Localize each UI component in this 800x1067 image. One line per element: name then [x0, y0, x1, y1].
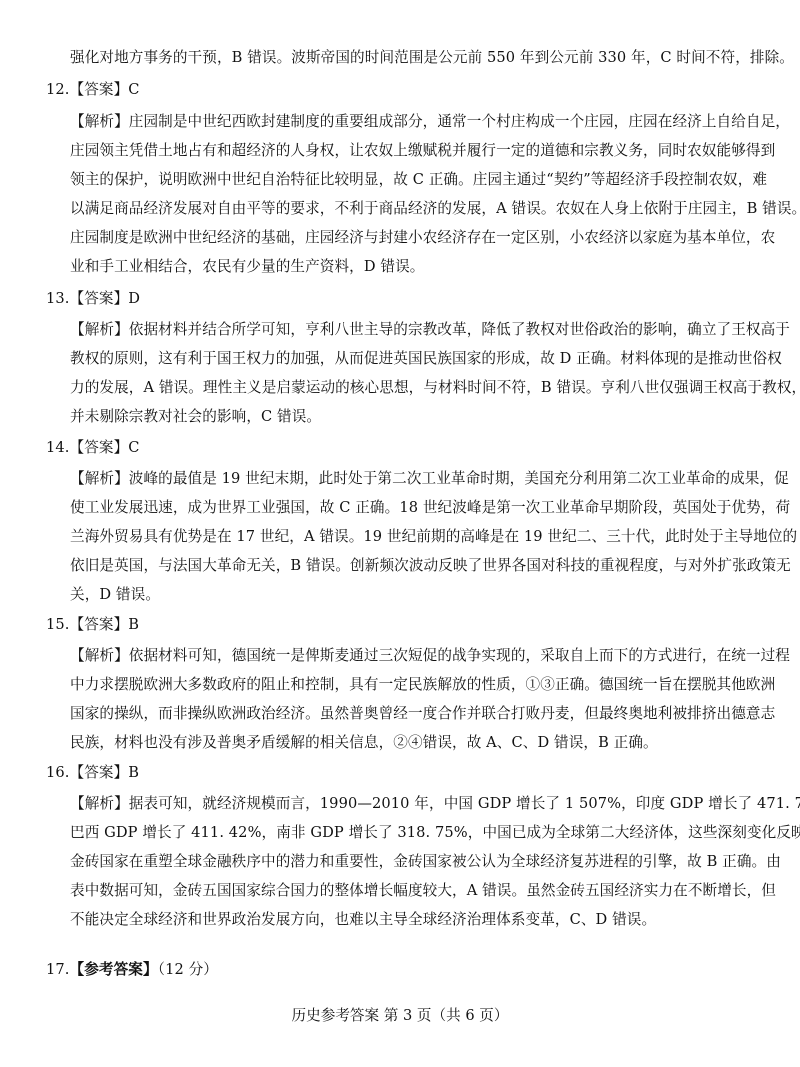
analysis-line: 金砖国家在重塑全球金融秩序中的潜力和重要性，金砖国家被公认为全球经济复苏进程的引… — [70, 852, 770, 872]
question-number: 17. — [46, 961, 70, 978]
answer-label: 【答案】 — [70, 616, 129, 633]
score: （12 分） — [158, 961, 218, 978]
analysis-line: 并未剔除宗教对社会的影响，C 错误。 — [70, 407, 770, 427]
document-page: 强化对地方事务的干预，B 错误。波斯帝国的时间范围是公元前 550 年到公元前 … — [0, 0, 800, 1067]
answer-value: D — [128, 290, 140, 307]
analysis-line: 关，D 错误。 — [70, 585, 770, 605]
analysis-line: 【解析】依据材料可知，德国统一是俾斯麦通过三次短促的战争实现的，采取自上而下的方… — [70, 646, 770, 666]
analysis-line: 民族，材料也没有涉及普奥矛盾缓解的相关信息，②④错误，故 A、C、D 错误，B … — [70, 733, 770, 753]
analysis-line: 以满足商品经济发展对自由平等的要求，不利于商品经济的发展，A 错误。农奴在人身上… — [70, 199, 770, 219]
question-number: 16. — [46, 764, 70, 781]
question-number: 13. — [46, 290, 70, 307]
continuation-text: 强化对地方事务的干预，B 错误。波斯帝国的时间范围是公元前 550 年到公元前 … — [70, 48, 770, 68]
analysis-line: 【解析】波峰的最值是 19 世纪末期，此时处于第二次工业革命时期，美国充分利用第… — [70, 469, 770, 489]
analysis-line: 业和手工业相结合，农民有少量的生产资料，D 错误。 — [70, 257, 770, 277]
analysis-line: 兰海外贸易具有优势是在 17 世纪，A 错误。19 世纪前期的高峰是在 19 世… — [70, 527, 770, 547]
reference-answer-label: 【参考答案】 — [70, 961, 158, 978]
question-16-answer: 16.【答案】B — [46, 763, 746, 783]
analysis-line: 庄园制度是欧洲中世纪经济的基础，庄园经济与封建小农经济存在一定区别，小农经济以家… — [70, 228, 770, 248]
analysis-line: 【解析】依据材料并结合所学可知，亨利八世主导的宗教改革，降低了教权对世俗政治的影… — [70, 320, 770, 340]
question-12-answer: 12.【答案】C — [46, 80, 746, 100]
analysis-line: 【解析】庄园制是中世纪西欧封建制度的重要组成部分，通常一个村庄构成一个庄园，庄园… — [70, 112, 770, 132]
analysis-line: 中力求摆脱欧洲大多数政府的阻止和控制，具有一定民族解放的性质，①③正确。德国统一… — [70, 675, 770, 695]
analysis-line: 庄园领主凭借土地占有和超经济的人身权，让农奴上缴赋税并履行一定的道德和宗教义务，… — [70, 141, 770, 161]
answer-label: 【答案】 — [70, 81, 129, 98]
analysis-line: 巴西 GDP 增长了 411. 42%，南非 GDP 增长了 318. 75%，… — [70, 823, 770, 843]
answer-value: B — [128, 616, 139, 633]
question-17-heading: 17.【参考答案】（12 分） — [46, 960, 746, 980]
answer-value: C — [128, 439, 139, 456]
answer-label: 【答案】 — [70, 764, 129, 781]
analysis-line: 国家的操纵，而非操纵欧洲政治经济。虽然普奥曾经一度合作并联合打败丹麦，但最终奥地… — [70, 704, 770, 724]
question-15-answer: 15.【答案】B — [46, 615, 746, 635]
analysis-line: 【解析】据表可知，就经济规模而言，1990—2010 年，中国 GDP 增长了 … — [70, 794, 770, 814]
analysis-line: 依旧是英国，与法国大革命无关，B 错误。创新频次波动反映了世界各国对科技的重视程… — [70, 556, 770, 576]
answer-label: 【答案】 — [70, 439, 129, 456]
question-14-answer: 14.【答案】C — [46, 438, 746, 458]
answer-label: 【答案】 — [70, 290, 129, 307]
analysis-line: 领主的保护，说明欧洲中世纪自治特征比较明显，故 C 正确。庄园主通过“契约”等超… — [70, 170, 770, 190]
question-number: 14. — [46, 439, 70, 456]
analysis-line: 表中数据可知，金砖五国国家综合国力的整体增长幅度较大，A 错误。虽然金砖五国经济… — [70, 881, 770, 901]
answer-value: B — [128, 764, 139, 781]
page-footer: 历史参考答案 第 3 页（共 6 页） — [0, 1006, 800, 1026]
question-13-answer: 13.【答案】D — [46, 289, 746, 309]
analysis-line: 使工业发展迅速，成为世界工业强国，故 C 正确。18 世纪波峰是第一次工业革命早… — [70, 498, 770, 518]
answer-value: C — [128, 81, 139, 98]
analysis-line: 教权的原则，这有利于国王权力的加强，从而促进英国民族国家的形成，故 D 正确。材… — [70, 349, 770, 369]
question-number: 15. — [46, 616, 70, 633]
question-number: 12. — [46, 81, 70, 98]
analysis-line: 不能决定全球经济和世界政治发展方向，也难以主导全球经济治理体系变革，C、D 错误… — [70, 910, 770, 930]
analysis-line: 力的发展，A 错误。理性主义是启蒙运动的核心思想，与材料时间不符，B 错误。亨利… — [70, 378, 770, 398]
